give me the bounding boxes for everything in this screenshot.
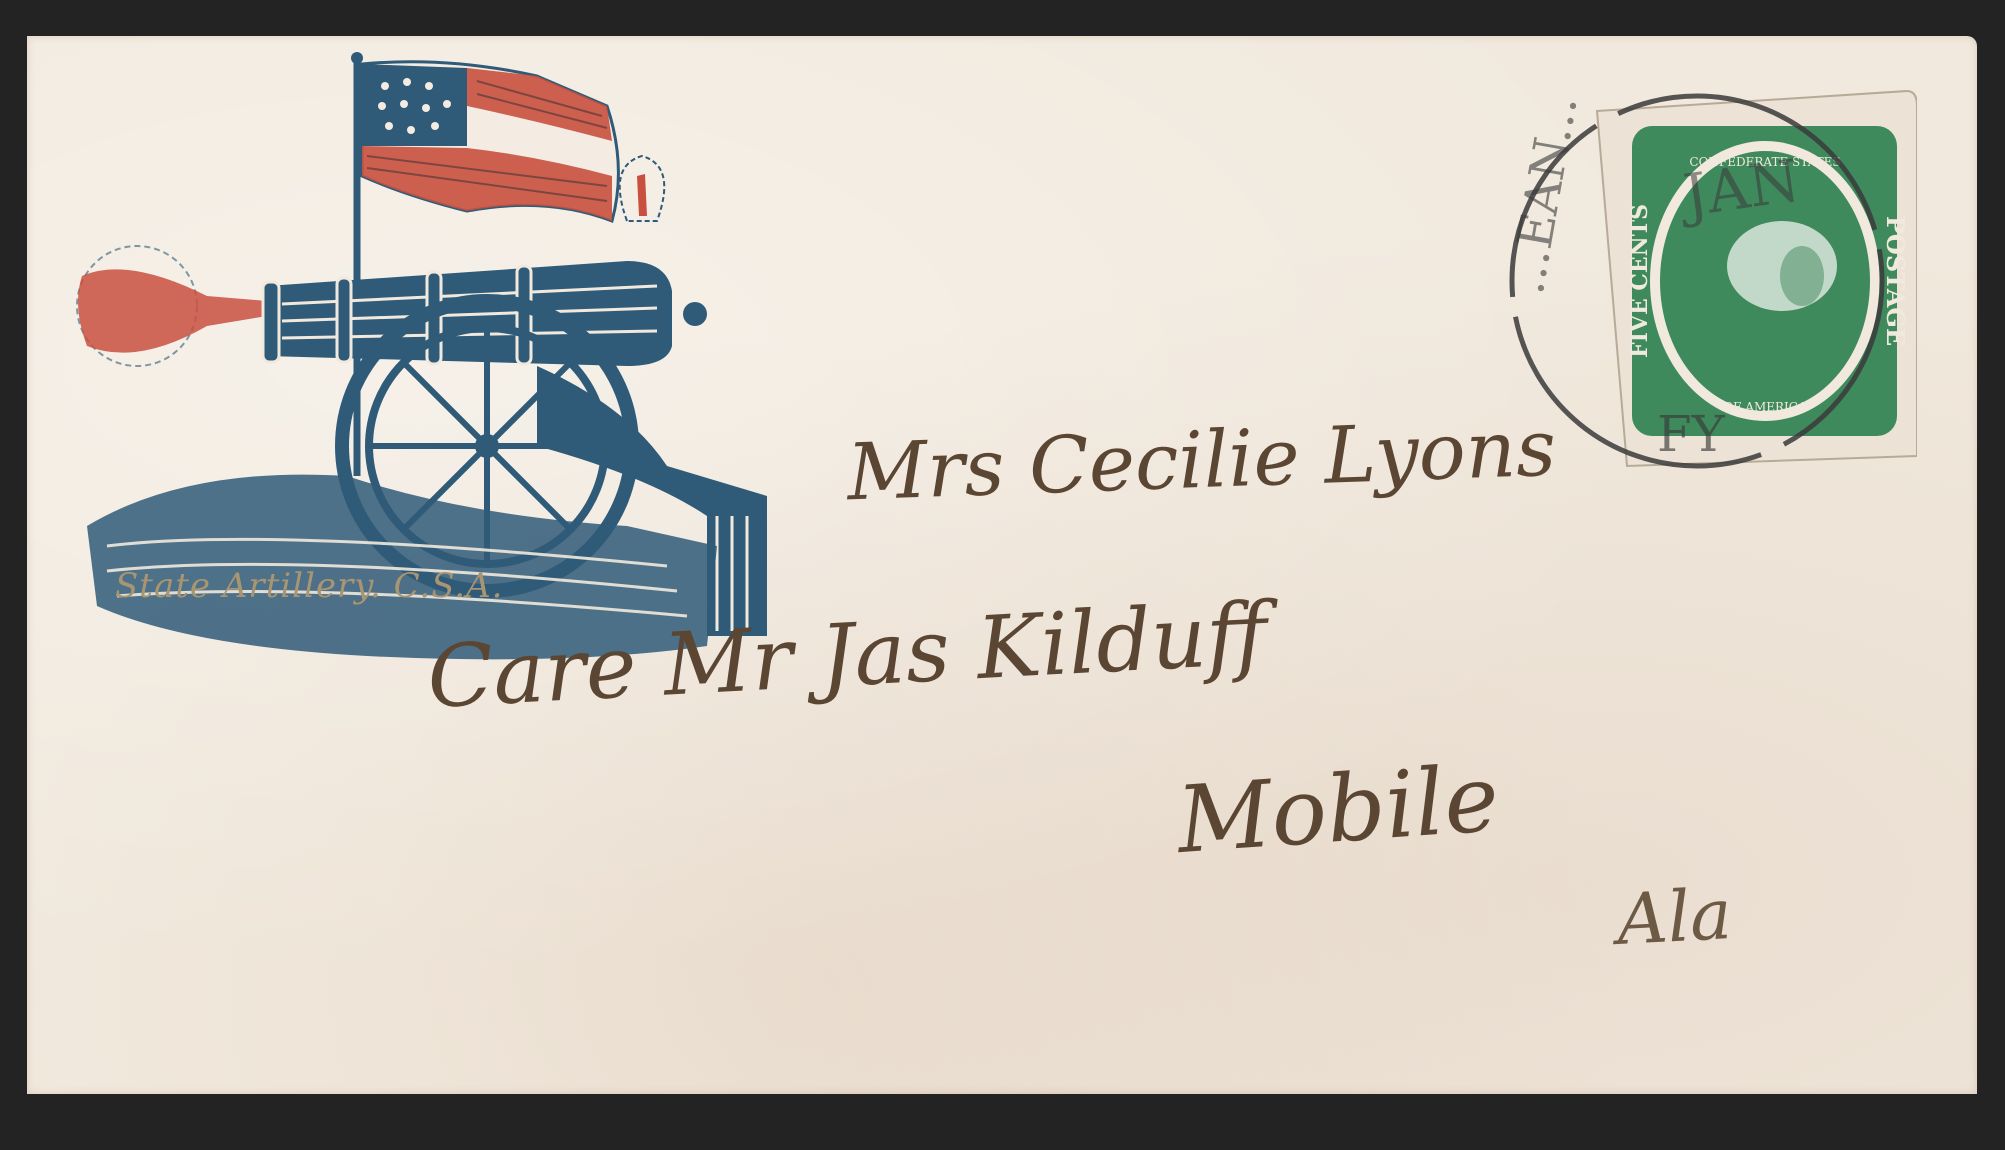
illustration-caption: State Artillery. C.S.A.: [115, 566, 503, 606]
svg-text:POSTAGE: POSTAGE: [1881, 216, 1910, 346]
svg-text:FY: FY: [1657, 405, 1726, 463]
address-city: Mobile: [1174, 745, 1502, 874]
envelope: State Artillery. C.S.A. CONFEDERATE STAT…: [27, 36, 1977, 1094]
svg-text:...EAN...: ...EAN...: [1499, 91, 1589, 298]
smoke-icon: [620, 156, 665, 221]
stamp-portrait-icon: [1727, 221, 1837, 311]
address-recipient: Mrs Cecilie Lyons: [846, 404, 1558, 519]
address-state: Ala: [1615, 873, 1734, 961]
svg-text:FIVE CENTS: FIVE CENTS: [1627, 204, 1653, 358]
muzzle-blast-icon: [77, 246, 267, 366]
svg-text:OF AMERICA: OF AMERICA: [1723, 400, 1807, 414]
flag-icon: [362, 62, 618, 221]
